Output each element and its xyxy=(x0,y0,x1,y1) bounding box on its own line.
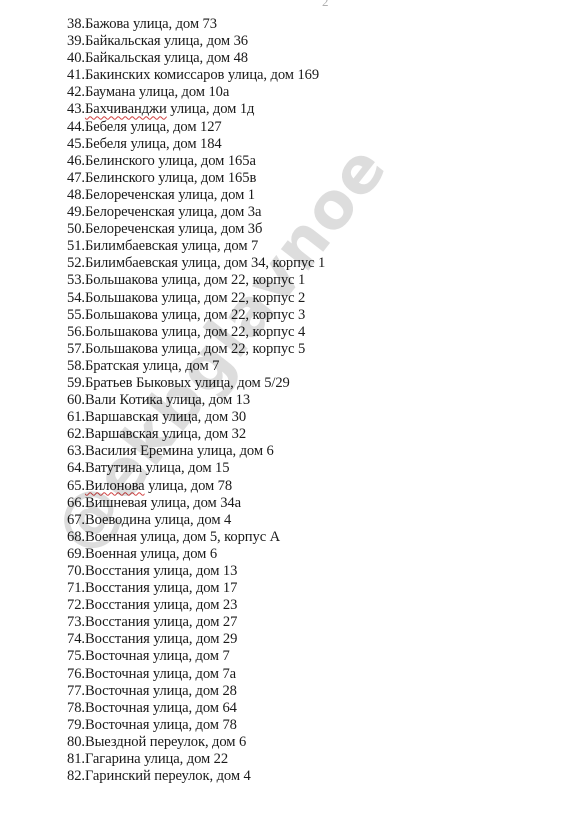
item-number: 74. xyxy=(67,631,85,648)
address-item: 45. Бебеля улица, дом 184 xyxy=(67,136,325,153)
address-item: 79. Восточная улица, дом 78 xyxy=(67,717,325,734)
address-item: 56. Большакова улица, дом 22, корпус 4 xyxy=(67,324,325,341)
item-number: 78. xyxy=(67,700,85,717)
item-number: 43. xyxy=(67,101,85,118)
address-item: 66. Вишневая улица, дом 34а xyxy=(67,495,325,512)
address-item: 40. Байкальская улица, дом 48 xyxy=(67,50,325,67)
item-number: 70. xyxy=(67,563,85,580)
address-text: Бакинских комиссаров улица, дом 169 xyxy=(85,67,319,83)
address-text: Байкальская улица, дом 36 xyxy=(85,33,248,49)
address-item: 61. Варшавская улица, дом 30 xyxy=(67,409,325,426)
address-text: Белинского улица, дом 165в xyxy=(85,170,256,186)
address-text: Белореченская улица, дом 3а xyxy=(85,204,261,220)
item-number: 54. xyxy=(67,290,85,307)
item-number: 48. xyxy=(67,187,85,204)
address-item: 47. Белинского улица, дом 165в xyxy=(67,170,325,187)
item-number: 58. xyxy=(67,358,85,375)
address-text: Билимбаевская улица, дом 7 xyxy=(85,238,258,254)
address-item: 65. Вилонова улица, дом 78 xyxy=(67,478,325,495)
address-item: 59. Братьев Быковых улица, дом 5/29 xyxy=(67,375,325,392)
item-number: 51. xyxy=(67,238,85,255)
address-item: 76. Восточная улица, дом 7а xyxy=(67,666,325,683)
address-item: 46. Белинского улица, дом 165а xyxy=(67,153,325,170)
address-text: Большакова улица, дом 22, корпус 3 xyxy=(85,307,305,323)
item-number: 47. xyxy=(67,170,85,187)
address-item: 64. Ватутина улица, дом 15 xyxy=(67,460,325,477)
spellcheck-word: Бахчиванджи xyxy=(85,101,167,117)
address-text: Восстания улица, дом 29 xyxy=(85,631,237,647)
address-item: 73. Восстания улица, дом 27 xyxy=(67,614,325,631)
address-text: Восстания улица, дом 23 xyxy=(85,597,237,613)
item-number: 46. xyxy=(67,153,85,170)
address-item: 69. Военная улица, дом 6 xyxy=(67,546,325,563)
address-text: улица, дом 78 xyxy=(145,478,233,494)
address-item: 63. Василия Еремина улица, дом 6 xyxy=(67,443,325,460)
address-item: 44. Бебеля улица, дом 127 xyxy=(67,119,325,136)
address-text: Билимбаевская улица, дом 34, корпус 1 xyxy=(85,255,325,271)
address-text: Баумана улица, дом 10а xyxy=(85,84,229,100)
address-item: 39. Байкальская улица, дом 36 xyxy=(67,33,325,50)
item-number: 72. xyxy=(67,597,85,614)
address-text: Военная улица, дом 6 xyxy=(85,546,217,562)
address-text: Байкальская улица, дом 48 xyxy=(85,50,248,66)
address-item: 51. Билимбаевская улица, дом 7 xyxy=(67,238,325,255)
address-text: Большакова улица, дом 22, корпус 2 xyxy=(85,290,305,306)
address-item: 54. Большакова улица, дом 22, корпус 2 xyxy=(67,290,325,307)
address-text: Восстания улица, дом 17 xyxy=(85,580,237,596)
address-text: Белореченская улица, дом 1 xyxy=(85,187,255,203)
item-number: 75. xyxy=(67,648,85,665)
address-item: 38. Бажова улица, дом 73 xyxy=(67,16,325,33)
address-item: 68. Военная улица, дом 5, корпус А xyxy=(67,529,325,546)
item-number: 67. xyxy=(67,512,85,529)
item-number: 61. xyxy=(67,409,85,426)
address-item: 42. Баумана улица, дом 10а xyxy=(67,84,325,101)
address-item: 41. Бакинских комиссаров улица, дом 169 xyxy=(67,67,325,84)
address-text: Вишневая улица, дом 34а xyxy=(85,495,241,511)
address-text: Большакова улица, дом 22, корпус 1 xyxy=(85,272,305,288)
address-text: Вали Котика улица, дом 13 xyxy=(85,392,250,408)
page-number: 2 xyxy=(322,0,329,10)
address-text: Гаринский переулок, дом 4 xyxy=(85,768,251,784)
item-number: 59. xyxy=(67,375,85,392)
item-number: 49. xyxy=(67,204,85,221)
item-number: 38. xyxy=(67,16,85,33)
address-item: 70. Восстания улица, дом 13 xyxy=(67,563,325,580)
address-item: 67. Воеводина улица, дом 4 xyxy=(67,512,325,529)
item-number: 69. xyxy=(67,546,85,563)
item-number: 40. xyxy=(67,50,85,67)
address-item: 62. Варшавская улица, дом 32 xyxy=(67,426,325,443)
address-text: Варшавская улица, дом 32 xyxy=(85,426,246,442)
address-text: Воеводина улица, дом 4 xyxy=(85,512,231,528)
spellcheck-word: Вилонова xyxy=(85,478,145,494)
address-list: 38. Бажова улица, дом 7339. Байкальская … xyxy=(67,16,325,785)
address-item: 43. Бахчиванджи улица, дом 1д xyxy=(67,101,325,118)
item-number: 80. xyxy=(67,734,85,751)
address-text: Восточная улица, дом 28 xyxy=(85,683,237,699)
item-number: 77. xyxy=(67,683,85,700)
address-item: 82. Гаринский переулок, дом 4 xyxy=(67,768,325,785)
address-item: 74. Восстания улица, дом 29 xyxy=(67,631,325,648)
address-text: Восточная улица, дом 7 xyxy=(85,648,230,664)
address-item: 57. Большакова улица, дом 22, корпус 5 xyxy=(67,341,325,358)
item-number: 41. xyxy=(67,67,85,84)
address-item: 53. Большакова улица, дом 22, корпус 1 xyxy=(67,272,325,289)
address-item: 48. Белореченская улица, дом 1 xyxy=(67,187,325,204)
address-item: 81. Гагарина улица, дом 22 xyxy=(67,751,325,768)
item-number: 81. xyxy=(67,751,85,768)
address-text: Восточная улица, дом 7а xyxy=(85,666,236,682)
address-text: Военная улица, дом 5, корпус А xyxy=(85,529,280,545)
address-item: 52. Билимбаевская улица, дом 34, корпус … xyxy=(67,255,325,272)
address-text: Братская улица, дом 7 xyxy=(85,358,219,374)
item-number: 82. xyxy=(67,768,85,785)
address-item: 60. Вали Котика улица, дом 13 xyxy=(67,392,325,409)
item-number: 60. xyxy=(67,392,85,409)
address-item: 49. Белореченская улица, дом 3а xyxy=(67,204,325,221)
item-number: 52. xyxy=(67,255,85,272)
item-number: 42. xyxy=(67,84,85,101)
item-number: 57. xyxy=(67,341,85,358)
item-number: 63. xyxy=(67,443,85,460)
item-number: 53. xyxy=(67,272,85,289)
item-number: 44. xyxy=(67,119,85,136)
address-text: Ватутина улица, дом 15 xyxy=(85,460,230,476)
address-text: Василия Еремина улица, дом 6 xyxy=(85,443,274,459)
item-number: 68. xyxy=(67,529,85,546)
item-number: 71. xyxy=(67,580,85,597)
item-number: 50. xyxy=(67,221,85,238)
address-item: 78. Восточная улица, дом 64 xyxy=(67,700,325,717)
address-text: Бажова улица, дом 73 xyxy=(85,16,217,32)
item-number: 65. xyxy=(67,478,85,495)
item-number: 62. xyxy=(67,426,85,443)
address-item: 75. Восточная улица, дом 7 xyxy=(67,648,325,665)
address-item: 50. Белореченская улица, дом 3б xyxy=(67,221,325,238)
item-number: 66. xyxy=(67,495,85,512)
item-number: 73. xyxy=(67,614,85,631)
address-item: 71. Восстания улица, дом 17 xyxy=(67,580,325,597)
item-number: 79. xyxy=(67,717,85,734)
address-text: Восточная улица, дом 64 xyxy=(85,700,237,716)
item-number: 76. xyxy=(67,666,85,683)
item-number: 56. xyxy=(67,324,85,341)
address-text: Бебеля улица, дом 184 xyxy=(85,136,222,152)
address-text: Братьев Быковых улица, дом 5/29 xyxy=(85,375,290,391)
address-item: 72. Восстания улица, дом 23 xyxy=(67,597,325,614)
address-text: Восстания улица, дом 27 xyxy=(85,614,237,630)
address-text: Выездной переулок, дом 6 xyxy=(85,734,246,750)
item-number: 55. xyxy=(67,307,85,324)
item-number: 45. xyxy=(67,136,85,153)
address-item: 80. Выездной переулок, дом 6 xyxy=(67,734,325,751)
address-text: Бебеля улица, дом 127 xyxy=(85,119,222,135)
address-text: Белореченская улица, дом 3б xyxy=(85,221,262,237)
address-item: 58. Братская улица, дом 7 xyxy=(67,358,325,375)
address-item: 77. Восточная улица, дом 28 xyxy=(67,683,325,700)
address-text: Восточная улица, дом 78 xyxy=(85,717,237,733)
address-text: Варшавская улица, дом 30 xyxy=(85,409,246,425)
address-text: Гагарина улица, дом 22 xyxy=(85,751,228,767)
address-text: Восстания улица, дом 13 xyxy=(85,563,237,579)
item-number: 39. xyxy=(67,33,85,50)
address-item: 55. Большакова улица, дом 22, корпус 3 xyxy=(67,307,325,324)
address-text: Большакова улица, дом 22, корпус 4 xyxy=(85,324,305,340)
address-text: Белинского улица, дом 165а xyxy=(85,153,256,169)
item-number: 64. xyxy=(67,460,85,477)
address-text: улица, дом 1д xyxy=(167,101,255,117)
address-text: Большакова улица, дом 22, корпус 5 xyxy=(85,341,305,357)
